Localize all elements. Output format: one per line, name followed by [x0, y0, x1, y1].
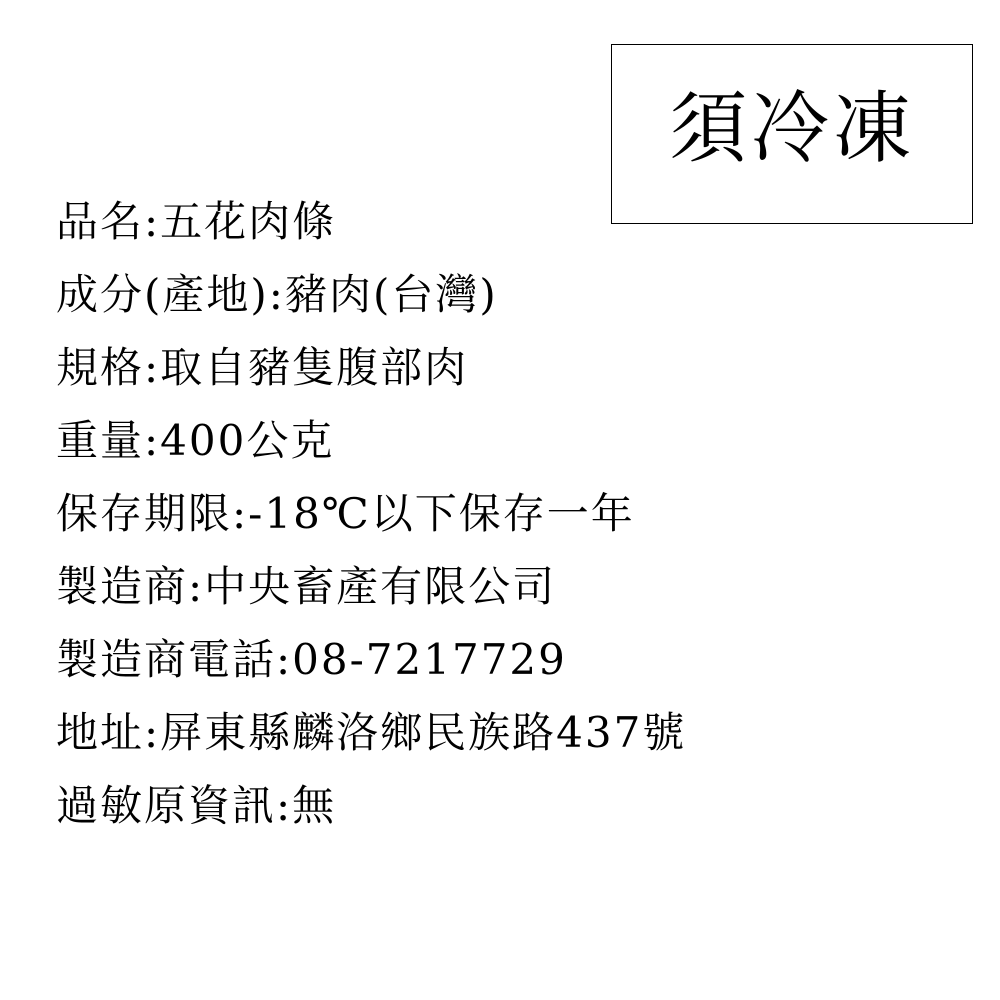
shelf-life-line: 保存期限:-18℃以下保存一年	[56, 488, 686, 561]
specification-line: 規格:取自豬隻腹部肉	[56, 342, 686, 415]
allergen-value: 無	[292, 781, 336, 830]
separator: :	[276, 781, 292, 830]
separator: :	[232, 489, 248, 538]
separator: :	[144, 416, 160, 465]
allergen-line: 過敏原資訊:無	[56, 780, 686, 853]
weight-line: 重量:400公克	[56, 415, 686, 488]
product-name-value: 五花肉條	[160, 197, 336, 246]
storage-requirement-text: 須冷凍	[669, 90, 915, 168]
ingredients-line: 成分(產地):豬肉(台灣)	[56, 269, 686, 342]
shelf-life-value: -18℃以下保存一年	[248, 489, 635, 538]
product-name-key: 品名	[56, 197, 144, 246]
specification-value: 取自豬隻腹部肉	[160, 343, 468, 392]
ingredients-value: 豬肉(台灣)	[285, 270, 498, 319]
manufacturer-phone-line: 製造商電話:08-7217729	[56, 634, 686, 707]
address-key: 地址	[56, 708, 144, 757]
product-name-line: 品名:五花肉條	[56, 196, 686, 269]
allergen-key: 過敏原資訊	[56, 781, 276, 830]
address-value: 屏東縣麟洛鄉民族路437號	[160, 708, 686, 757]
shelf-life-key: 保存期限	[56, 489, 232, 538]
manufacturer-line: 製造商:中央畜產有限公司	[56, 561, 686, 634]
separator: :	[276, 635, 292, 684]
manufacturer-phone-value: 08-7217729	[292, 635, 567, 684]
separator: :	[188, 562, 204, 611]
product-info-list: 品名:五花肉條 成分(產地):豬肉(台灣) 規格:取自豬隻腹部肉 重量:400公…	[56, 196, 686, 853]
separator: :	[144, 708, 160, 757]
separator: :	[144, 197, 160, 246]
weight-value: 400公克	[160, 416, 334, 465]
address-line: 地址:屏東縣麟洛鄉民族路437號	[56, 707, 686, 780]
ingredients-key: 成分(產地)	[56, 270, 269, 319]
separator: :	[269, 270, 285, 319]
manufacturer-phone-key: 製造商電話	[56, 635, 276, 684]
weight-key: 重量	[56, 416, 144, 465]
manufacturer-value: 中央畜產有限公司	[204, 562, 556, 611]
specification-key: 規格	[56, 343, 144, 392]
separator: :	[144, 343, 160, 392]
manufacturer-key: 製造商	[56, 562, 188, 611]
